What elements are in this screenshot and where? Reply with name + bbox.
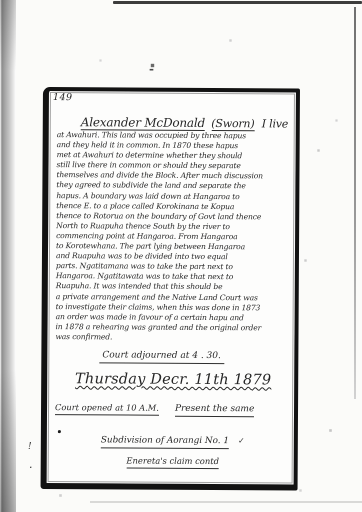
heading-tail: I live [262,117,288,130]
stray-dash-mark: - [149,62,159,72]
minute-book-page: 149 Alexander McDonald (Sworn) I live at… [41,87,300,491]
case-subject: Subdivision of Aorangi No. 1 ✓ Enereta's… [55,427,291,469]
check-mark-icon: ✓ [238,436,245,445]
session-open-row: Court opened at 10 A.M. Present the same [55,402,291,417]
testimony-heading: Alexander McDonald (Sworn) I live [81,115,293,131]
scan-edge-right-line [354,7,356,399]
session-date-text: Thursday Decr. 11th 1879 [75,371,271,388]
scan-speckles [0,0,1,1]
subject-title: Subdivision of Aorangi No. 1 [101,435,229,449]
testimony-line: Ruapuha. It was intended that this shoul… [56,281,292,293]
ink-dot-mark [58,430,61,433]
scan-edge-top-line [113,1,362,4]
court-opened-line: Court opened at 10 A.M. [55,402,159,416]
court-adjourned-line: Court adjourned at 4 . 30. [99,350,224,364]
handwritten-content: Alexander McDonald (Sworn) I live at Awa… [55,115,293,469]
page-number: 149 [53,92,73,103]
scanned-document-canvas: - ! . ' , 149 Alexander McDonald (Sworn)… [0,0,362,512]
book-spine-shade [0,0,16,512]
subject-subtitle: Enereta's claim contd [126,455,219,469]
sworn-label: (Sworn) [211,117,254,131]
present-line: Present the same [175,404,254,417]
scan-edge-bottom-band [90,501,362,503]
page-content: 149 Alexander McDonald (Sworn) I live at… [47,91,296,485]
margin-mark-left-top: ! [28,442,32,452]
witness-name: Alexander McDonald [81,115,205,131]
margin-mark-left-bottom: . [29,458,33,471]
session-date-heading: Thursday Decr. 11th 1879 [55,370,291,390]
